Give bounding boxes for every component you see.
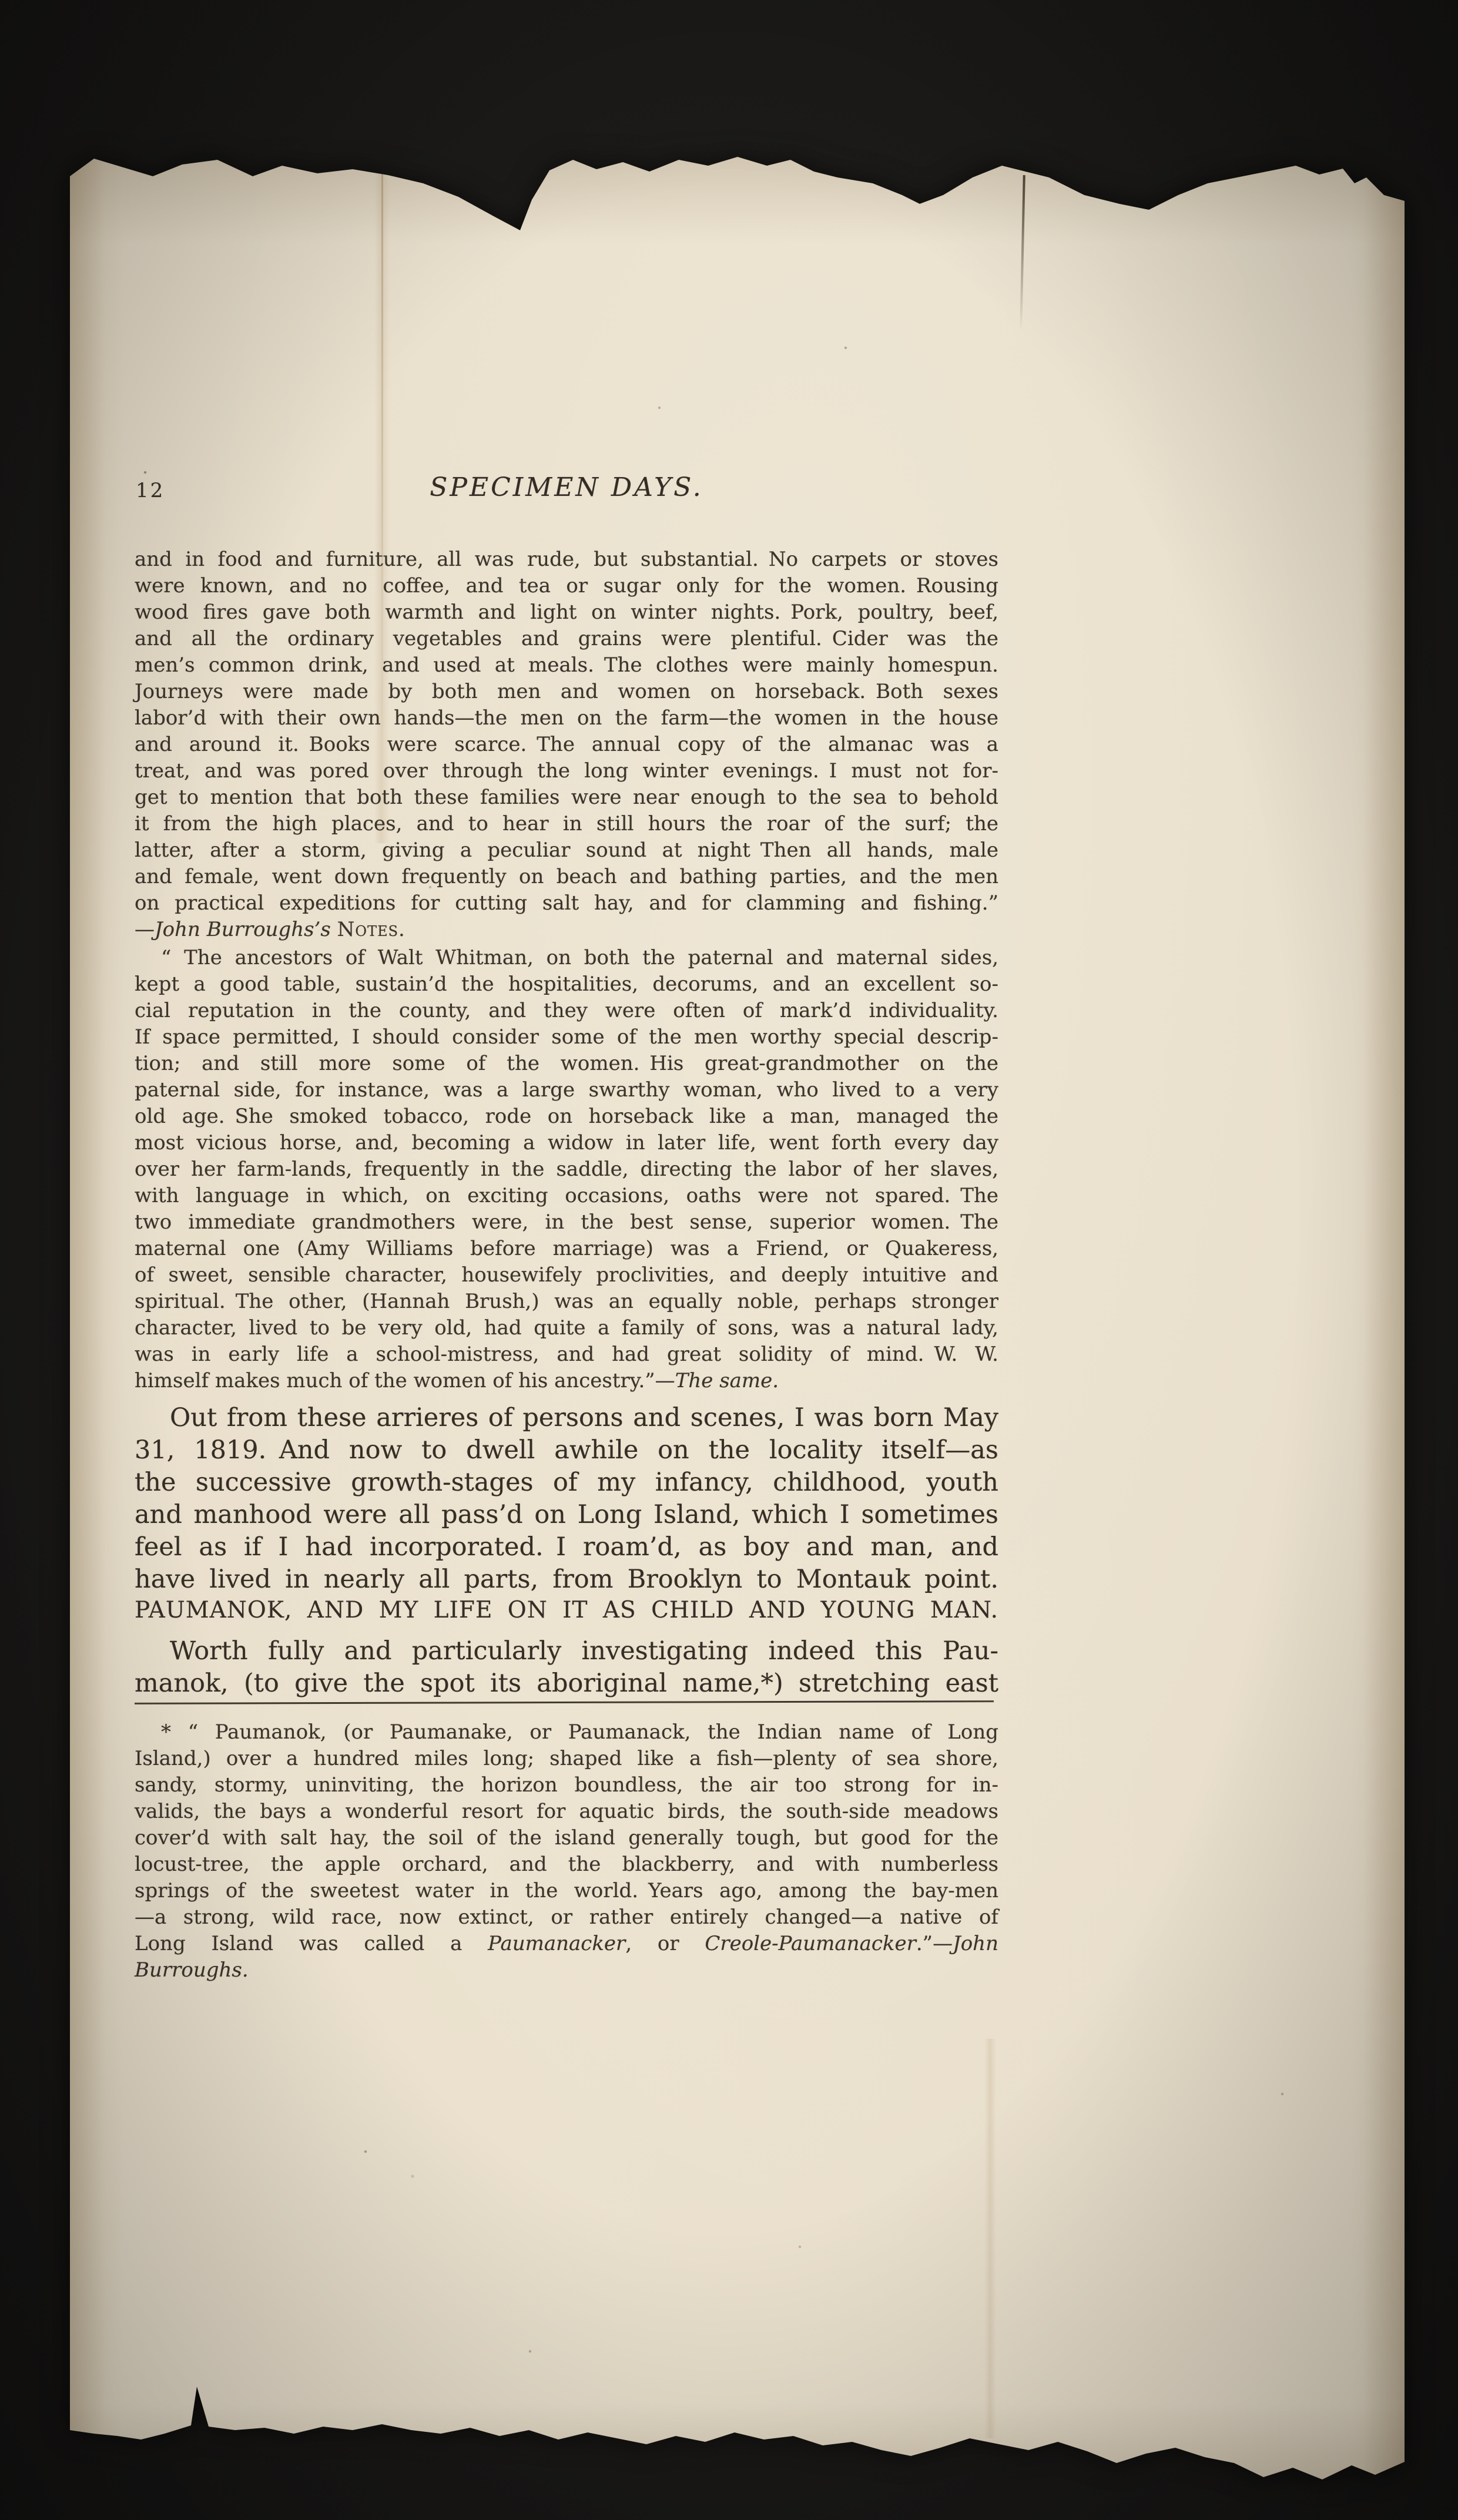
- book-page: 12 SPECIMEN DAYS. and in food and furnit…: [70, 141, 1405, 2485]
- text-block: and in food and furniture, all was rude,…: [70, 141, 1405, 2485]
- text-line: cial reputation in the county, and they …: [135, 998, 998, 1024]
- text-line: locust-tree, the apple orchard, and the …: [135, 1851, 998, 1878]
- paumanok-paragraph: Worth fully and particularly investigati…: [135, 1635, 998, 1700]
- text-line: labor’d with their own hands—the men on …: [135, 705, 998, 731]
- text-line: “ The ancestors of Walt Whitman, on both…: [135, 945, 998, 971]
- text-line: kept a good table, sustain’d the hospita…: [135, 971, 998, 998]
- text-line: himself makes much of the women of his a…: [135, 1368, 998, 1394]
- text-line: cover’d with salt hay, the soil of the i…: [135, 1825, 998, 1851]
- text-line: were known, and no coffee, and tea or su…: [135, 573, 998, 599]
- text-line: paternal side, for instance, was a large…: [135, 1077, 998, 1103]
- text-line: —a strong, wild race, now extinct, or ra…: [135, 1904, 998, 1931]
- text-line: Burroughs.: [135, 1957, 998, 1984]
- text-line: maternal one (Amy Williams before marria…: [135, 1236, 998, 1262]
- text-line: with language in which, on exciting occa…: [135, 1183, 998, 1209]
- text-line: of sweet, sensible character, housewifel…: [135, 1262, 998, 1288]
- text-line: feel as if I had incorporated. I roam’d,…: [135, 1531, 998, 1563]
- text-line: Island,) over a hundred miles long; shap…: [135, 1746, 998, 1772]
- text-line: the successive growth-stages of my infan…: [135, 1467, 998, 1499]
- text-line: wood fires gave both warmth and light on…: [135, 599, 998, 626]
- text-line: latter, after a storm, giving a peculiar…: [135, 837, 998, 864]
- text-line: and in food and furniture, all was rude,…: [135, 546, 998, 573]
- text-line: 31, 1819. And now to dwell awhile on the…: [135, 1434, 998, 1467]
- text-line: tion; and still more some of the women. …: [135, 1051, 998, 1077]
- text-line: was in early life a school-mistress, and…: [135, 1341, 998, 1368]
- burroughs-ancestors-quote: “ The ancestors of Walt Whitman, on both…: [135, 945, 998, 1394]
- section-heading: PAUMANOK, AND MY LIFE ON IT AS CHILD AND…: [135, 1597, 998, 1624]
- text-line: Long Island was called a Paumanacker, or…: [135, 1931, 998, 1957]
- text-line: Journeys were made by both men and women…: [135, 679, 998, 705]
- text-line: over her farm-lands, frequently in the s…: [135, 1156, 998, 1183]
- paper-specks: [70, 141, 72, 143]
- text-line: valids, the bays a wonderful resort for …: [135, 1798, 998, 1825]
- text-line: it from the high places, and to hear in …: [135, 811, 998, 837]
- text-line: character, lived to be very old, had qui…: [135, 1315, 998, 1341]
- text-line: spiritual. The other, (Hannah Brush,) wa…: [135, 1288, 998, 1315]
- text-line: * “ Paumanok, (or Paumanake, or Paumanac…: [135, 1719, 998, 1746]
- text-line: If space permitted, I should consider so…: [135, 1024, 998, 1051]
- text-line: manok, (to give the spot its aboriginal …: [135, 1667, 998, 1700]
- text-line: sandy, stormy, uninviting, the horizon b…: [135, 1772, 998, 1798]
- text-line: Worth fully and particularly investigati…: [135, 1635, 998, 1667]
- text-line: have lived in nearly all parts, from Bro…: [135, 1563, 998, 1596]
- paper-wrapper: 12 SPECIMEN DAYS. and in food and furnit…: [70, 141, 1405, 2485]
- text-line: two immediate grandmothers were, in the …: [135, 1209, 998, 1236]
- text-line: on practical expeditions for cutting sal…: [135, 890, 998, 917]
- text-line: PAUMANOK, AND MY LIFE ON IT AS CHILD AND…: [135, 1597, 998, 1624]
- burroughs-notes-excerpt: and in food and furniture, all was rude,…: [135, 546, 998, 943]
- text-line: most vicious horse, and, becoming a wido…: [135, 1130, 998, 1156]
- text-line: treat, and was pored over through the lo…: [135, 758, 998, 784]
- text-line: springs of the sweetest water in the wor…: [135, 1878, 998, 1904]
- text-line: and female, went down frequently on beac…: [135, 864, 998, 890]
- footnote: * “ Paumanok, (or Paumanake, or Paumanac…: [135, 1719, 998, 1984]
- text-line: and around it. Books were scarce. The an…: [135, 731, 998, 758]
- text-line: get to mention that both these families …: [135, 784, 998, 811]
- text-line: and all the ordinary vegetables and grai…: [135, 626, 998, 652]
- text-line: Out from these arrieres of persons and s…: [135, 1402, 998, 1434]
- text-line: men’s common drink, and used at meals. T…: [135, 652, 998, 679]
- text-line: —John Burroughs’s Notes.: [135, 917, 998, 943]
- text-line: old age. She smoked tobacco, rode on hor…: [135, 1103, 998, 1130]
- text-line: and manhood were all pass’d on Long Isla…: [135, 1499, 998, 1531]
- birth-paragraph: Out from these arrieres of persons and s…: [135, 1402, 998, 1596]
